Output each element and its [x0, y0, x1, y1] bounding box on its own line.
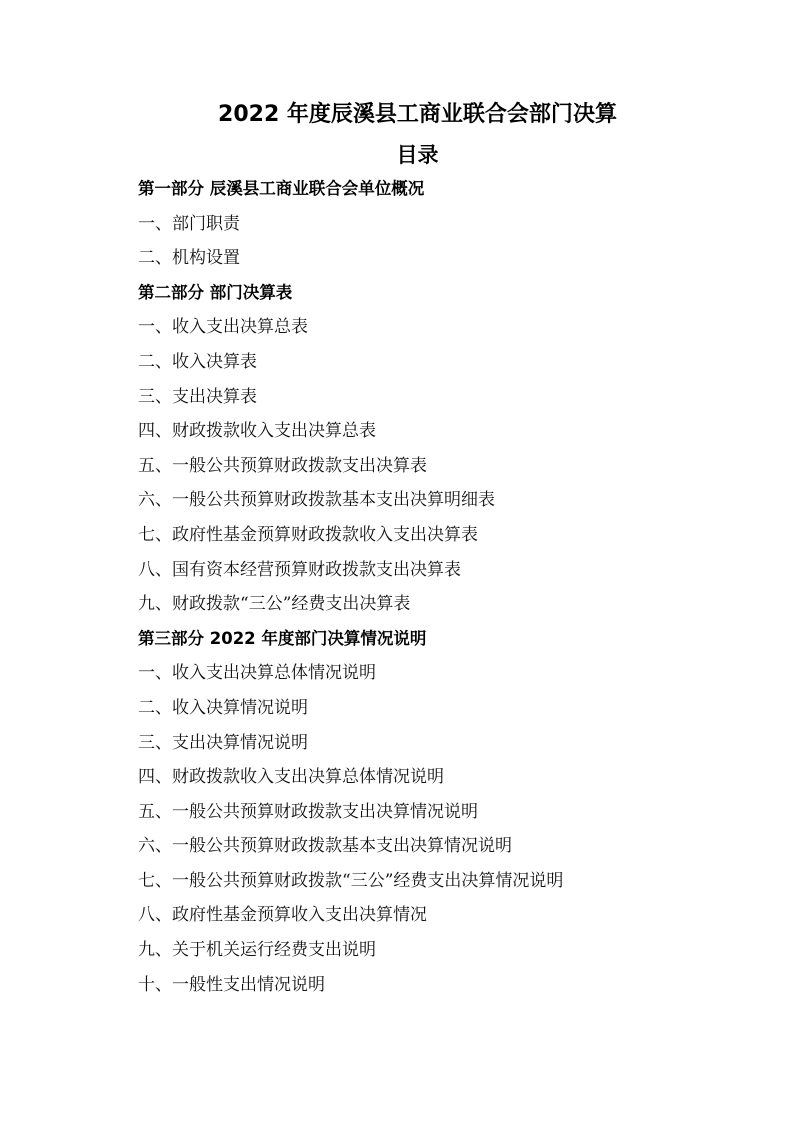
toc-item: 七、一般公共预算财政拨款“三公”经费支出决算情况说明 [138, 867, 738, 902]
toc-item: 六、一般公共预算财政拨款基本支出决算明细表 [138, 486, 738, 521]
table-of-contents: 第一部分 辰溪县工商业联合会单位概况 一、部门职责 二、机构设置 第二部分 部门… [138, 175, 738, 1005]
toc-item: 一、部门职责 [138, 210, 738, 245]
toc-item: 四、财政拨款收入支出决算总体情况说明 [138, 763, 738, 798]
toc-item: 二、收入决算表 [138, 348, 738, 383]
toc-item: 二、机构设置 [138, 244, 738, 279]
toc-item: 七、政府性基金预算财政拨款收入支出决算表 [138, 521, 738, 556]
toc-heading: 目录 [0, 140, 793, 170]
toc-item: 一、收入支出决算总体情况说明 [138, 659, 738, 694]
toc-item: 六、一般公共预算财政拨款基本支出决算情况说明 [138, 832, 738, 867]
toc-part-2: 第二部分 部门决算表 [138, 279, 738, 314]
toc-item: 五、一般公共预算财政拨款支出决算情况说明 [138, 798, 738, 833]
toc-item: 九、关于机关运行经费支出说明 [138, 936, 738, 971]
document-title: 2022 年度辰溪县工商业联合会部门决算 [0, 100, 793, 130]
toc-item: 二、收入决算情况说明 [138, 694, 738, 729]
toc-part-1: 第一部分 辰溪县工商业联合会单位概况 [138, 175, 738, 210]
toc-item: 十、一般性支出情况说明 [138, 971, 738, 1006]
toc-item: 三、支出决算情况说明 [138, 729, 738, 764]
toc-item: 九、财政拨款“三公”经费支出决算表 [138, 590, 738, 625]
toc-item: 三、支出决算表 [138, 383, 738, 418]
toc-part-3: 第三部分 2022 年度部门决算情况说明 [138, 625, 738, 660]
document-page: 2022 年度辰溪县工商业联合会部门决算 目录 第一部分 辰溪县工商业联合会单位… [0, 0, 793, 1122]
toc-item: 一、收入支出决算总表 [138, 313, 738, 348]
toc-item: 五、一般公共预算财政拨款支出决算表 [138, 452, 738, 487]
toc-item: 八、政府性基金预算收入支出决算情况 [138, 901, 738, 936]
toc-item: 四、财政拨款收入支出决算总表 [138, 417, 738, 452]
toc-item: 八、国有资本经营预算财政拨款支出决算表 [138, 556, 738, 591]
